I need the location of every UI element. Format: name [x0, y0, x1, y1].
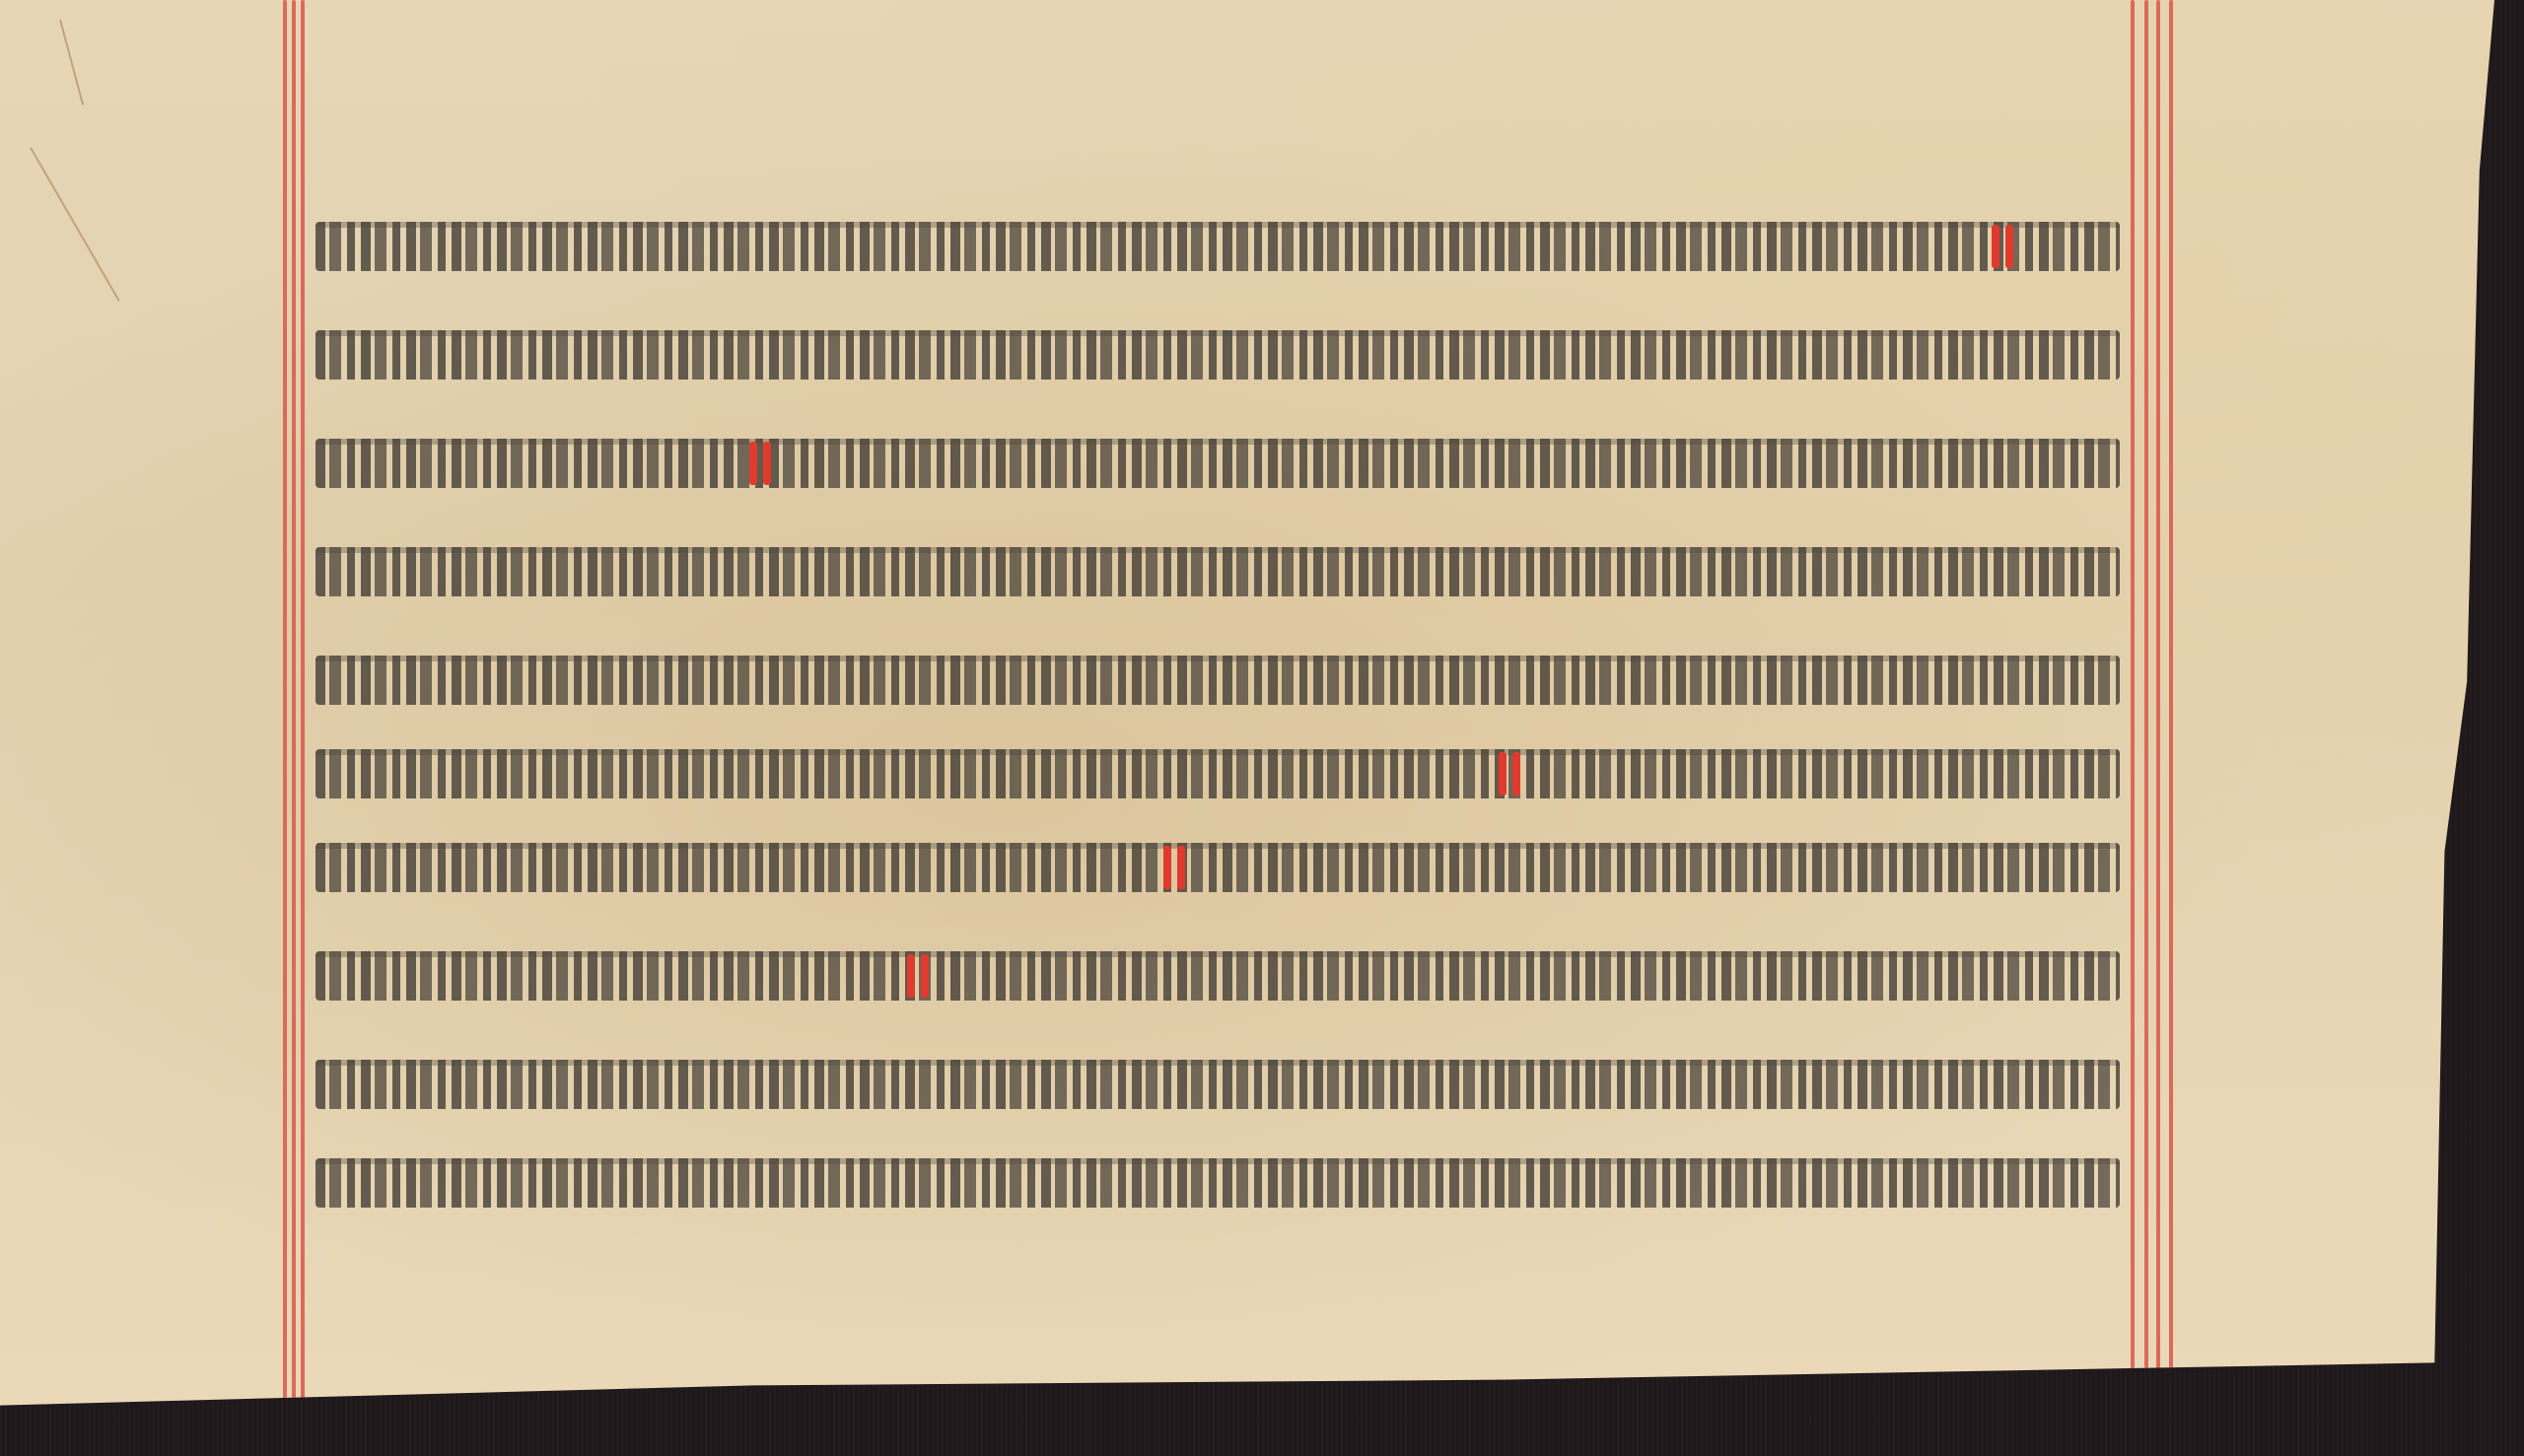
red-double-danda — [1992, 225, 2013, 268]
red-double-danda — [1499, 752, 1520, 796]
text-line: [untranscribed] — [315, 838, 2120, 897]
ink-band — [315, 439, 2120, 488]
ink-band — [315, 330, 2120, 380]
ink-band — [315, 951, 2120, 1001]
right-ruling-line — [2144, 0, 2148, 1410]
ink-band — [315, 1158, 2120, 1208]
left-ruling-line — [301, 0, 305, 1410]
text-line: [untranscribed] — [315, 325, 2120, 384]
left-ruling-line — [292, 0, 296, 1410]
paper-fiber — [30, 147, 120, 302]
text-line: [untranscribed] — [315, 217, 2120, 276]
red-double-danda — [907, 954, 929, 998]
right-ruling-line — [2169, 0, 2173, 1410]
left-ruling-line — [283, 0, 287, 1410]
text-line: [untranscribed] — [315, 651, 2120, 710]
ink-band — [315, 547, 2120, 596]
text-line: [untranscribed] — [315, 434, 2120, 493]
right-ruling-line — [2156, 0, 2160, 1410]
ink-band — [315, 656, 2120, 705]
ink-band — [315, 749, 2120, 798]
red-double-danda — [1163, 846, 1185, 889]
manuscript-folio: [untranscribed] [untranscribed] [untrans… — [0, 0, 2494, 1420]
ink-band — [315, 1060, 2120, 1109]
text-line: [untranscribed] — [315, 1153, 2120, 1213]
text-line: [untranscribed] — [315, 1055, 2120, 1114]
text-line: [untranscribed] — [315, 744, 2120, 803]
right-ruling-line — [2131, 0, 2135, 1410]
red-double-danda — [749, 442, 771, 485]
ink-band — [315, 222, 2120, 271]
ink-band — [315, 843, 2120, 892]
paper-fiber — [59, 19, 84, 104]
text-line: [untranscribed] — [315, 946, 2120, 1005]
text-line: [untranscribed] — [315, 542, 2120, 601]
